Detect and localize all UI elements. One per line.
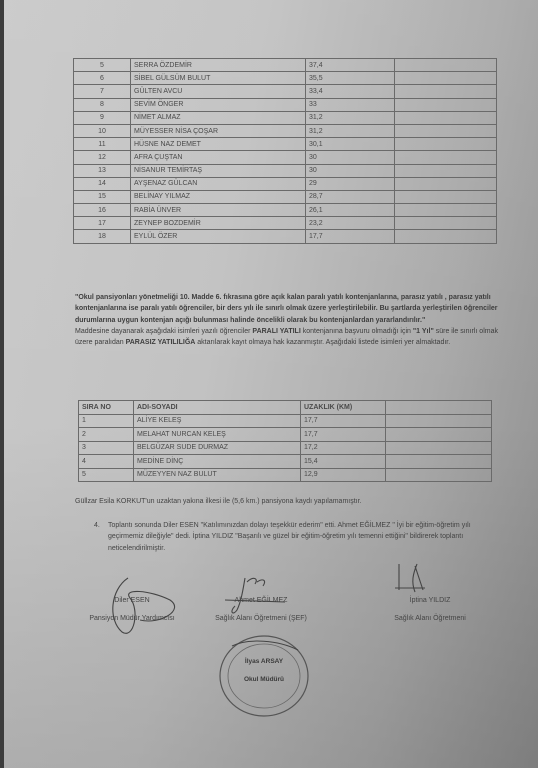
row-name: SİBEL GÜLSÜM BULUT <box>131 72 306 85</box>
table-row: 15BELİNAY YILMAZ28,7 <box>74 190 497 203</box>
row-name: ALİYE KELEŞ <box>134 414 301 428</box>
row-name: GÜLTEN AVCU <box>131 85 306 98</box>
row-number: 10 <box>74 124 131 137</box>
item-text: Toplantı sonunda Diler ESEN "Katılımınız… <box>108 522 471 552</box>
row-extra <box>395 230 497 243</box>
table-row: 4MEDİNE DİNÇ15,4 <box>79 455 492 469</box>
handwritten-signature-3 <box>385 560 435 600</box>
row-name: EYLÜL ÖZER <box>131 230 306 243</box>
row-extra <box>395 164 497 177</box>
row-number: 4 <box>79 455 134 469</box>
signer-title: Pansiyon Müdür Yardımcısı <box>89 615 174 622</box>
row-distance: 37,4 <box>306 59 395 72</box>
row-number: 9 <box>74 111 131 124</box>
signer-title: Sağlık Alanı Öğretmeni <box>394 615 466 622</box>
row-number: 2 <box>79 428 134 442</box>
signer-title: Sağlık Alanı Öğretmeni (ŞEF) <box>215 615 307 622</box>
row-extra <box>395 98 497 111</box>
row-distance: 12,9 <box>301 468 386 482</box>
row-name: BELGÜZAR SUDE DURMAZ <box>134 441 301 455</box>
row-name: SEVİM ÖNGER <box>131 98 306 111</box>
table-row: 5MÜZEYYEN NAZ BULUT12,9 <box>79 468 492 482</box>
row-extra <box>386 455 492 469</box>
table-row: 13NİSANUR TEMİRTAŞ30 <box>74 164 497 177</box>
row-number: 17 <box>74 217 131 230</box>
row-name: AYŞENAZ GÜLCAN <box>131 177 306 190</box>
row-extra <box>395 85 497 98</box>
table-row: 17ZEYNEP BOZDEMİR23,2 <box>74 217 497 230</box>
table-header-row: SIRA NO ADI-SOYADI UZAKLIK (KM) <box>79 401 492 415</box>
row-distance: 31,2 <box>306 111 395 124</box>
row-extra <box>395 111 497 124</box>
table-row: 12AFRA ÇUŞTAN30 <box>74 151 497 164</box>
stamp-name: İlyas ARSAY <box>218 658 310 665</box>
table-row: 9NİMET ALMAZ31,2 <box>74 111 497 124</box>
row-name: BELİNAY YILMAZ <box>131 190 306 203</box>
row-number: 16 <box>74 204 131 217</box>
row-distance: 33,4 <box>306 85 395 98</box>
table-row: 10MÜYESSER NİSA ÇOŞAR31,2 <box>74 124 497 137</box>
table-row: 7GÜLTEN AVCU33,4 <box>74 85 497 98</box>
row-number: 14 <box>74 177 131 190</box>
transfer-paragraph: Maddesine dayanarak aşağıdaki isimleri y… <box>75 326 503 349</box>
signature-block-1: Diler ESEN Pansiyon Müdür Yardımcısı <box>72 597 192 622</box>
table-row: 1ALİYE KELEŞ17,7 <box>79 414 492 428</box>
table-row: 14AYŞENAZ GÜLCAN29 <box>74 177 497 190</box>
row-distance: 29 <box>306 177 395 190</box>
row-extra <box>395 217 497 230</box>
row-extra <box>395 151 497 164</box>
row-name: RABİA ÜNVER <box>131 204 306 217</box>
row-name: MEDİNE DİNÇ <box>134 455 301 469</box>
official-stamp: İlyas ARSAY Okul Müdürü <box>218 634 310 718</box>
row-distance: 15,4 <box>301 455 386 469</box>
row-name: HÜSNE NAZ DEMET <box>131 138 306 151</box>
row-number: 5 <box>74 59 131 72</box>
table-row: 3BELGÜZAR SUDE DURMAZ17,2 <box>79 441 492 455</box>
row-number: 1 <box>79 414 134 428</box>
table-row: 2MELAHAT NURCAN KELEŞ17,7 <box>79 428 492 442</box>
table-row: 8SEVİM ÖNGER33 <box>74 98 497 111</box>
row-distance: 23,2 <box>306 217 395 230</box>
row-extra <box>395 72 497 85</box>
row-extra <box>395 59 497 72</box>
header-name: ADI-SOYADI <box>134 401 301 415</box>
exclusion-note: Güllzar Esila KORKUT'un uzaktan yakına i… <box>75 498 362 505</box>
row-distance: 17,7 <box>301 414 386 428</box>
row-name: MÜYESSER NİSA ÇOŞAR <box>131 124 306 137</box>
row-extra <box>386 468 492 482</box>
row-extra <box>395 124 497 137</box>
signer-name: Ahmet EĞİLMEZ <box>196 597 326 604</box>
row-distance: 30 <box>306 151 395 164</box>
page-edge <box>0 0 4 768</box>
row-name: NİSANUR TEMİRTAŞ <box>131 164 306 177</box>
row-name: NİMET ALMAZ <box>131 111 306 124</box>
row-number: 3 <box>79 441 134 455</box>
row-name: AFRA ÇUŞTAN <box>131 151 306 164</box>
row-extra <box>395 138 497 151</box>
row-extra <box>395 190 497 203</box>
row-name: MÜZEYYEN NAZ BULUT <box>134 468 301 482</box>
row-distance: 28,7 <box>306 190 395 203</box>
row-extra <box>386 428 492 442</box>
row-distance: 30 <box>306 164 395 177</box>
regulation-quote: "Okul pansiyonları yönetmeliği 10. Madde… <box>75 292 503 326</box>
row-distance: 30,1 <box>306 138 395 151</box>
row-distance: 33 <box>306 98 395 111</box>
row-distance: 17,7 <box>301 428 386 442</box>
row-number: 7 <box>74 85 131 98</box>
row-number: 6 <box>74 72 131 85</box>
row-extra <box>386 441 492 455</box>
row-name: SERRA ÖZDEMİR <box>131 59 306 72</box>
row-distance: 17,7 <box>306 230 395 243</box>
signer-name: İptina YILDIZ <box>360 597 500 604</box>
row-number: 11 <box>74 138 131 151</box>
row-extra <box>395 204 497 217</box>
row-number: 18 <box>74 230 131 243</box>
row-number: 5 <box>79 468 134 482</box>
row-number: 15 <box>74 190 131 203</box>
table-row: 16RABİA ÜNVER26,1 <box>74 204 497 217</box>
table-row: 18EYLÜL ÖZER17,7 <box>74 230 497 243</box>
signature-block-2: Ahmet EĞİLMEZ Sağlık Alanı Öğretmeni (ŞE… <box>196 597 326 622</box>
header-extra <box>386 401 492 415</box>
row-number: 13 <box>74 164 131 177</box>
distance-table-continued: 5SERRA ÖZDEMİR37,46SİBEL GÜLSÜM BULUT35,… <box>73 58 497 244</box>
signature-block-3: İptina YILDIZ Sağlık Alanı Öğretmeni <box>360 597 500 622</box>
stamp-title: Okul Müdürü <box>218 676 310 683</box>
row-distance: 17,2 <box>301 441 386 455</box>
row-distance: 31,2 <box>306 124 395 137</box>
row-number: 12 <box>74 151 131 164</box>
row-extra <box>386 414 492 428</box>
row-distance: 26,1 <box>306 204 395 217</box>
row-number: 8 <box>74 98 131 111</box>
header-no: SIRA NO <box>79 401 134 415</box>
transferred-students-table: SIRA NO ADI-SOYADI UZAKLIK (KM) 1ALİYE K… <box>78 400 492 482</box>
table-row: 6SİBEL GÜLSÜM BULUT35,5 <box>74 72 497 85</box>
table-row: 5SERRA ÖZDEMİR37,4 <box>74 59 497 72</box>
row-name: ZEYNEP BOZDEMİR <box>131 217 306 230</box>
row-distance: 35,5 <box>306 72 395 85</box>
table-row: 11HÜSNE NAZ DEMET30,1 <box>74 138 497 151</box>
signer-name: Diler ESEN <box>72 597 192 604</box>
row-extra <box>395 177 497 190</box>
header-distance: UZAKLIK (KM) <box>301 401 386 415</box>
meeting-closing-item: 4. Toplantı sonunda Diler ESEN "Katılımı… <box>108 520 508 554</box>
row-name: MELAHAT NURCAN KELEŞ <box>134 428 301 442</box>
item-number: 4. <box>94 520 100 531</box>
